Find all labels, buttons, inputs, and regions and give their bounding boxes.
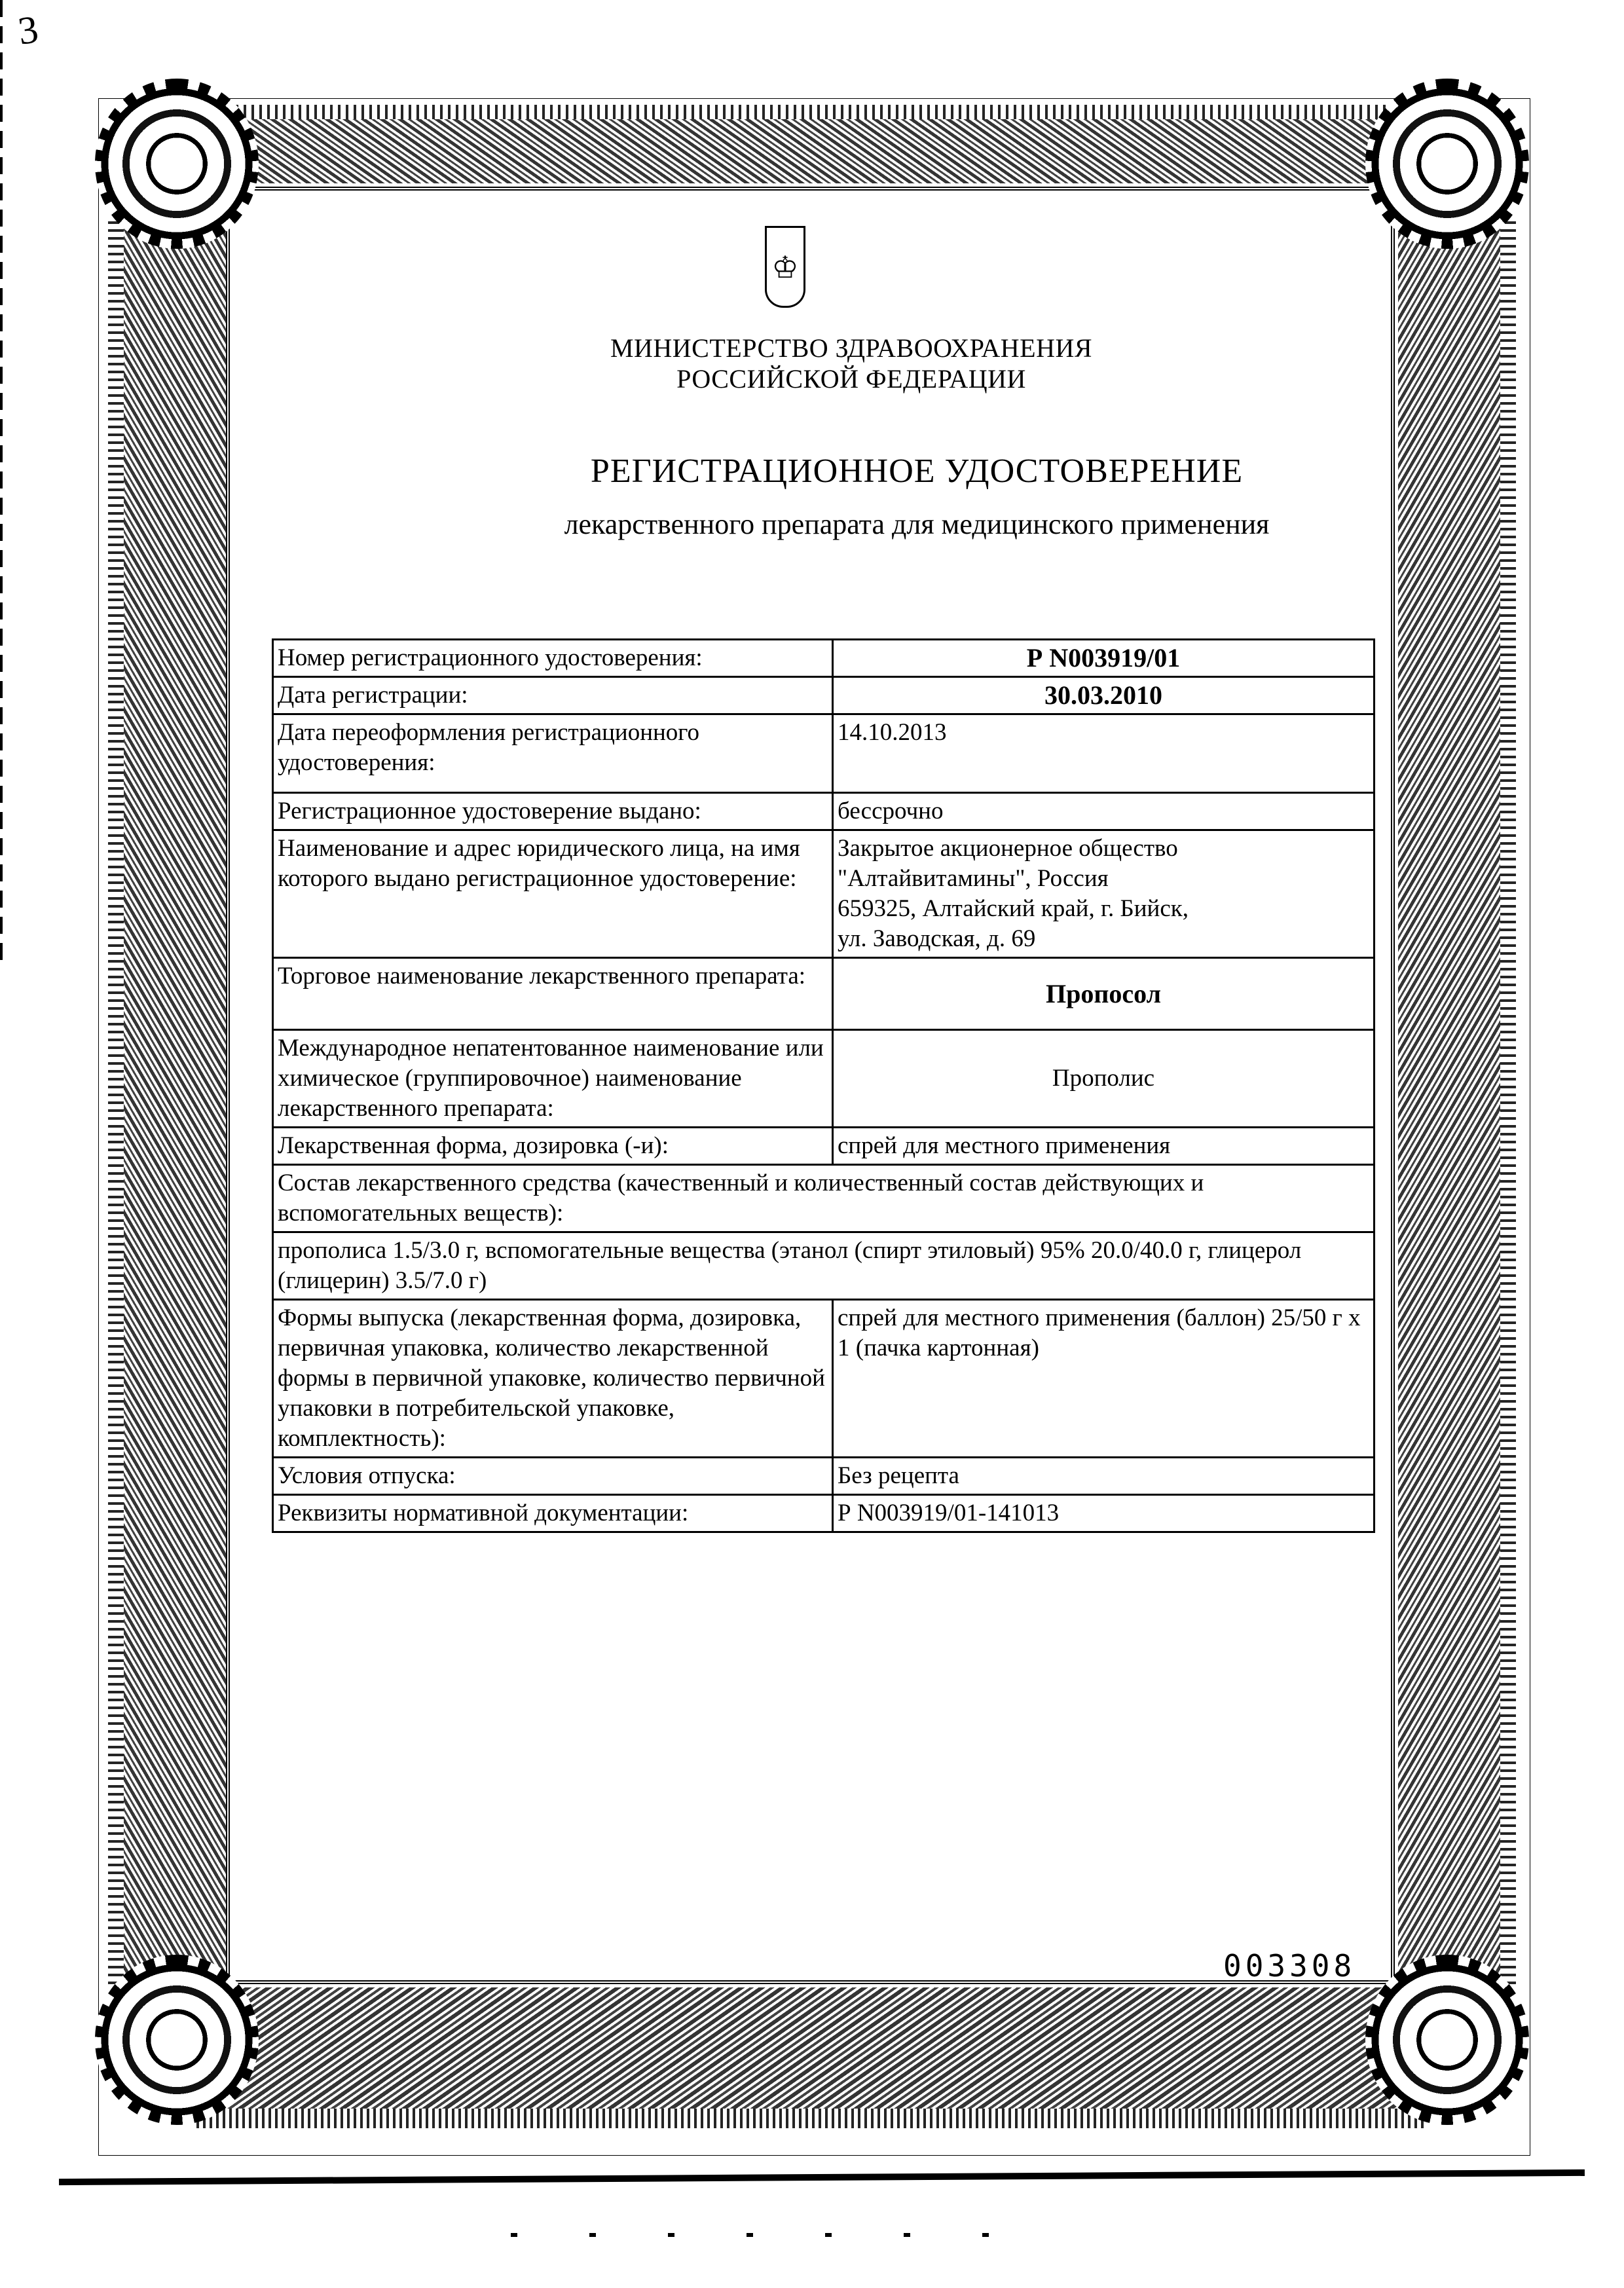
row-label: Реквизиты нормативной документации: <box>273 1495 833 1532</box>
table-row: Международное непатентованное наименован… <box>273 1030 1375 1128</box>
rosette-ornament-icon <box>1365 1955 1529 2125</box>
handwritten-page-mark: 3 <box>15 7 41 54</box>
normative-doc-ref: Р N003919/01-141013 <box>833 1495 1375 1532</box>
row-label: Регистрационное удостоверение выдано: <box>273 793 833 830</box>
table-row: Номер регистрационного удостоверения: Р … <box>273 640 1375 677</box>
holder-line: Закрытое акционерное общество <box>838 834 1369 864</box>
dispensing-conditions: Без рецепта <box>833 1458 1375 1495</box>
table-row: Дата переоформления регистрационного удо… <box>273 714 1375 793</box>
scan-edge <box>0 0 3 969</box>
inn-name: Прополис <box>833 1030 1375 1128</box>
table-row: Дата регистрации: 30.03.2010 <box>273 677 1375 714</box>
row-label: Дата переоформления регистрационного удо… <box>273 714 833 793</box>
reissue-date: 14.10.2013 <box>833 714 1375 793</box>
holder-line: "Алтайвитамины", Россия <box>838 864 1369 894</box>
row-label: Дата регистрации: <box>273 677 833 714</box>
table-row: Лекарственная форма, дозировка (-и): спр… <box>273 1128 1375 1165</box>
row-label: Международное непатентованное наименован… <box>273 1030 833 1128</box>
scan-artifact-line <box>59 2169 1585 2185</box>
table-row: Регистрационное удостоверение выдано: бе… <box>273 793 1375 830</box>
release-forms: спрей для местного применения (баллон) 2… <box>833 1300 1375 1458</box>
registration-date: 30.03.2010 <box>833 677 1375 714</box>
row-label: Наименование и адрес юридического лица, … <box>273 830 833 958</box>
row-label: Условия отпуска: <box>273 1458 833 1495</box>
row-label: Формы выпуска (лекарственная форма, дози… <box>273 1300 833 1458</box>
form-serial-number: 003308 <box>1223 1948 1356 1984</box>
ministry-name-line2: РОССИЙСКОЙ ФЕДЕРАЦИИ <box>39 363 1624 394</box>
document-title: РЕГИСТРАЦИОННОЕ УДОСТОВЕРЕНИЕ <box>105 452 1624 490</box>
rosette-ornament-icon <box>95 79 259 249</box>
table-row: Формы выпуска (лекарственная форма, дози… <box>273 1300 1375 1458</box>
table-row: прополиса 1.5/3.0 г, вспомогательные вещ… <box>273 1232 1375 1300</box>
document-subtitle: лекарственного препарата для медицинског… <box>105 507 1624 541</box>
coat-of-arms-icon: ♔ <box>765 226 805 308</box>
holder-line: ул. Заводская, д. 69 <box>838 924 1369 954</box>
dosage-form: спрей для местного применения <box>833 1128 1375 1165</box>
row-label: Номер регистрационного удостоверения: <box>273 640 833 677</box>
row-label: Лекарственная форма, дозировка (-и): <box>273 1128 833 1165</box>
frame-band-bottom <box>196 1987 1428 2128</box>
holder-name-address: Закрытое акционерное общество "Алтайвита… <box>833 830 1375 958</box>
scan-artifact-dashes <box>511 2233 1035 2237</box>
row-label: Торговое наименование лекарственного пре… <box>273 958 833 1030</box>
table-row: Условия отпуска: Без рецепта <box>273 1458 1375 1495</box>
table-row: Состав лекарственного средства (качестве… <box>273 1165 1375 1232</box>
frame-band-top <box>196 105 1428 183</box>
rosette-ornament-icon <box>1365 79 1529 249</box>
table-row: Наименование и адрес юридического лица, … <box>273 830 1375 958</box>
registration-table: Номер регистрационного удостоверения: Р … <box>272 638 1375 1533</box>
trade-name: Пропосол <box>833 958 1375 1030</box>
ministry-name-line1: МИНИСТЕРСТВО ЗДРАВООХРАНЕНИЯ <box>39 333 1624 363</box>
table-row: Торговое наименование лекарственного пре… <box>273 958 1375 1030</box>
rosette-ornament-icon <box>95 1955 259 2125</box>
table-row: Реквизиты нормативной документации: Р N0… <box>273 1495 1375 1532</box>
validity-term: бессрочно <box>833 793 1375 830</box>
holder-line: 659325, Алтайский край, г. Бийск, <box>838 894 1369 924</box>
composition-heading: Состав лекарственного средства (качестве… <box>273 1165 1375 1232</box>
registration-number: Р N003919/01 <box>833 640 1375 677</box>
composition-value: прополиса 1.5/3.0 г, вспомогательные вещ… <box>273 1232 1375 1300</box>
